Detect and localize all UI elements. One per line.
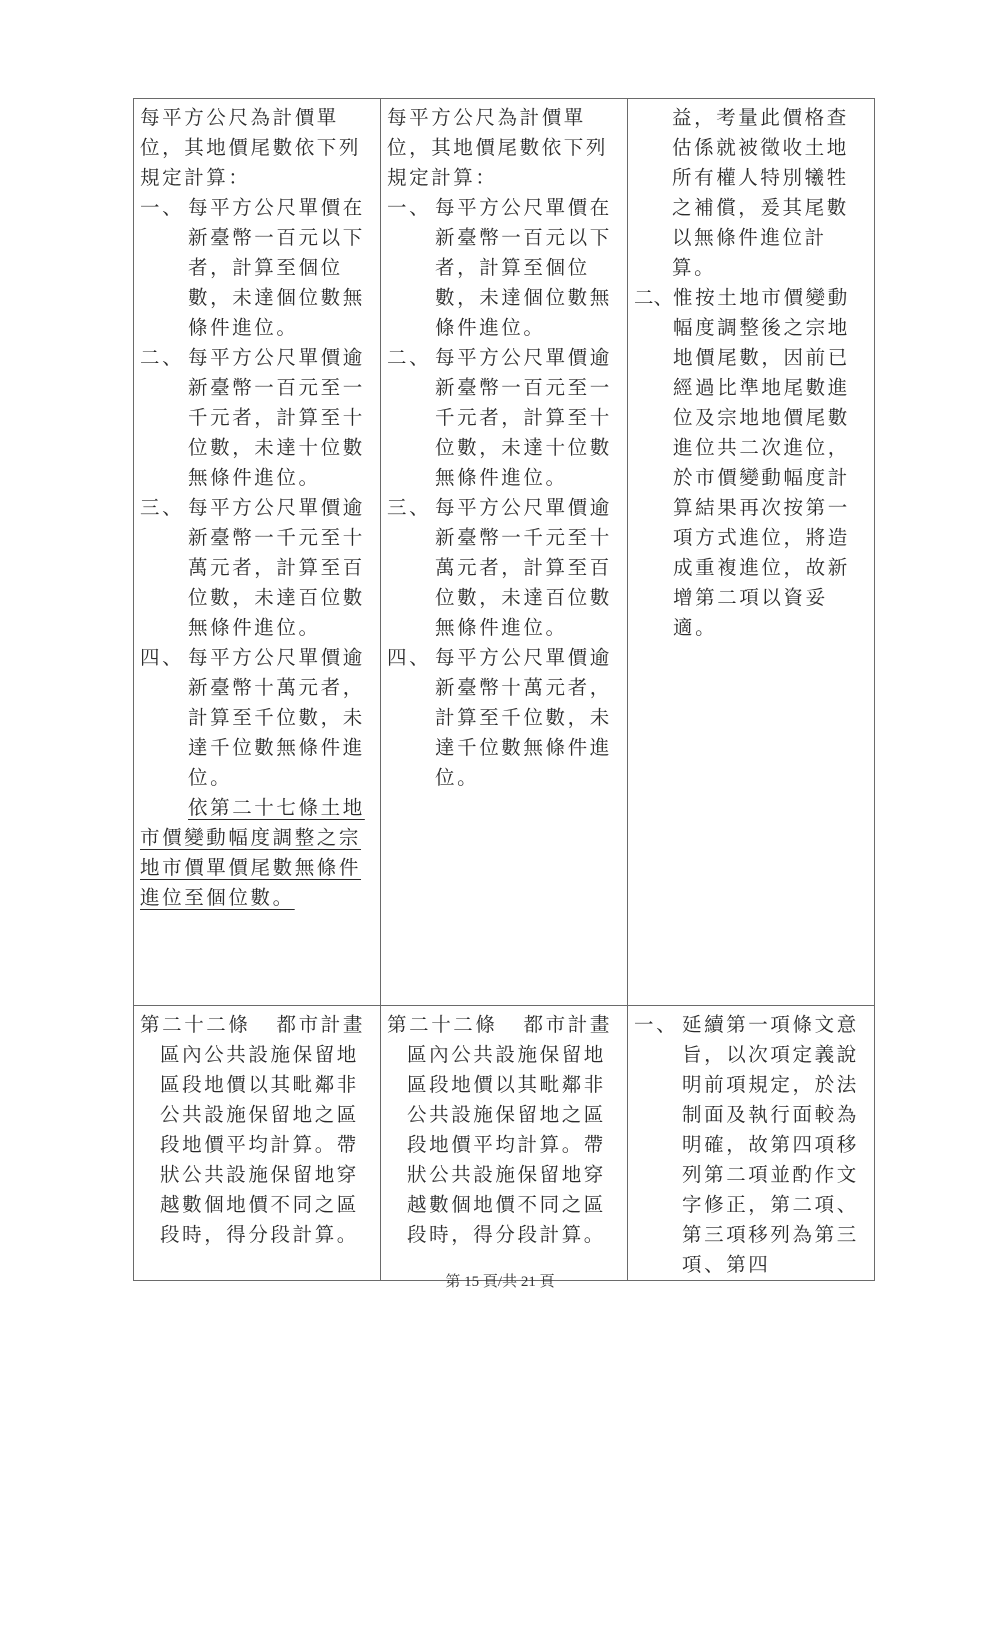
article-paragraph: 第二十二條都市計畫 — [387, 1010, 623, 1040]
list-item: 四、 每平方公尺單價逾新臺幣十萬元者，計算至千位數，未達千位數無條件進位。 — [387, 643, 623, 793]
page-number: 第 15 頁/共 21 頁 — [0, 1270, 1000, 1291]
explanation-cell: 一、 延續第一項條文意旨，以次項定義說明前項規定，於法制面及執行面較為明確，故第… — [628, 1006, 875, 1281]
list-item: 三、 每平方公尺單價逾新臺幣一千元至十萬元者，計算至百位數，未達百位數無條件進位… — [140, 493, 376, 643]
list-item: 二、 惟按土地市價變動幅度調整後之宗地地價尾數，因前已經過比準地尾數進位及宗地地… — [634, 283, 870, 643]
table-row: 每平方公尺為計價單位，其地價尾數依下列規定計算： 一、 每平方公尺單價在新臺幣一… — [134, 99, 875, 1006]
table-row: 第二十二條都市計畫 區內公共設施保留地區段地價以其毗鄰非公共設施保留地之區段地價… — [134, 1006, 875, 1281]
list-item: 一、 每平方公尺單價在新臺幣一百元以下者，計算至個位數，未達個位數無條件進位。 — [140, 193, 376, 343]
list-item: 二、 每平方公尺單價逾新臺幣一百元至一千元者，計算至十位數，未達十位數無條件進位… — [140, 343, 376, 493]
list-item: 四、 每平方公尺單價逾新臺幣十萬元者，計算至千位數，未達千位數無條件進位。 — [140, 643, 376, 793]
list-item: 三、 每平方公尺單價逾新臺幣一千元至十萬元者，計算至百位數，未達百位數無條件進位… — [387, 493, 623, 643]
list-item: 一、 延續第一項條文意旨，以次項定義說明前項規定，於法制面及執行面較為明確，故第… — [634, 1010, 870, 1280]
current-text-cell: 第二十二條都市計畫 區內公共設施保留地區段地價以其毗鄰非公共設施保留地之區段地價… — [381, 1006, 628, 1281]
article-body: 區內公共設施保留地區段地價以其毗鄰非公共設施保留地之區段地價平均計算。帶狀公共設… — [387, 1040, 623, 1250]
article-number: 第二十二條 — [387, 1013, 498, 1036]
added-paragraph-underlined: 依第二十七條土地市價變動幅度調整之宗地市價單價尾數無條件進位至個位數。 — [140, 793, 376, 913]
amended-text-cell: 每平方公尺為計價單位，其地價尾數依下列規定計算： 一、 每平方公尺單價在新臺幣一… — [134, 99, 381, 1006]
list-item: 二、 每平方公尺單價逾新臺幣一百元至一千元者，計算至十位數，未達十位數無條件進位… — [387, 343, 623, 493]
current-text-cell: 每平方公尺為計價單位，其地價尾數依下列規定計算： 一、 每平方公尺單價在新臺幣一… — [381, 99, 628, 1006]
comparison-table: 每平方公尺為計價單位，其地價尾數依下列規定計算： 一、 每平方公尺單價在新臺幣一… — [133, 98, 875, 1281]
list-item: 一、 每平方公尺單價在新臺幣一百元以下者，計算至個位數，未達個位數無條件進位。 — [387, 193, 623, 343]
article-body: 區內公共設施保留地區段地價以其毗鄰非公共設施保留地之區段地價平均計算。帶狀公共設… — [140, 1040, 376, 1250]
amended-text-cell: 第二十二條都市計畫 區內公共設施保留地區段地價以其毗鄰非公共設施保留地之區段地價… — [134, 1006, 381, 1281]
article-number: 第二十二條 — [140, 1013, 251, 1036]
continuation-paragraph: 益，考量此價格查估係就被徵收土地所有權人特別犧牲之補償，爰其尾數以無條件進位計算… — [634, 103, 870, 283]
intro-paragraph: 每平方公尺為計價單位，其地價尾數依下列規定計算： — [140, 103, 376, 193]
intro-paragraph: 每平方公尺為計價單位，其地價尾數依下列規定計算： — [387, 103, 623, 193]
article-paragraph: 第二十二條都市計畫 — [140, 1010, 376, 1040]
explanation-cell: 益，考量此價格查估係就被徵收土地所有權人特別犧牲之補償，爰其尾數以無條件進位計算… — [628, 99, 875, 1006]
